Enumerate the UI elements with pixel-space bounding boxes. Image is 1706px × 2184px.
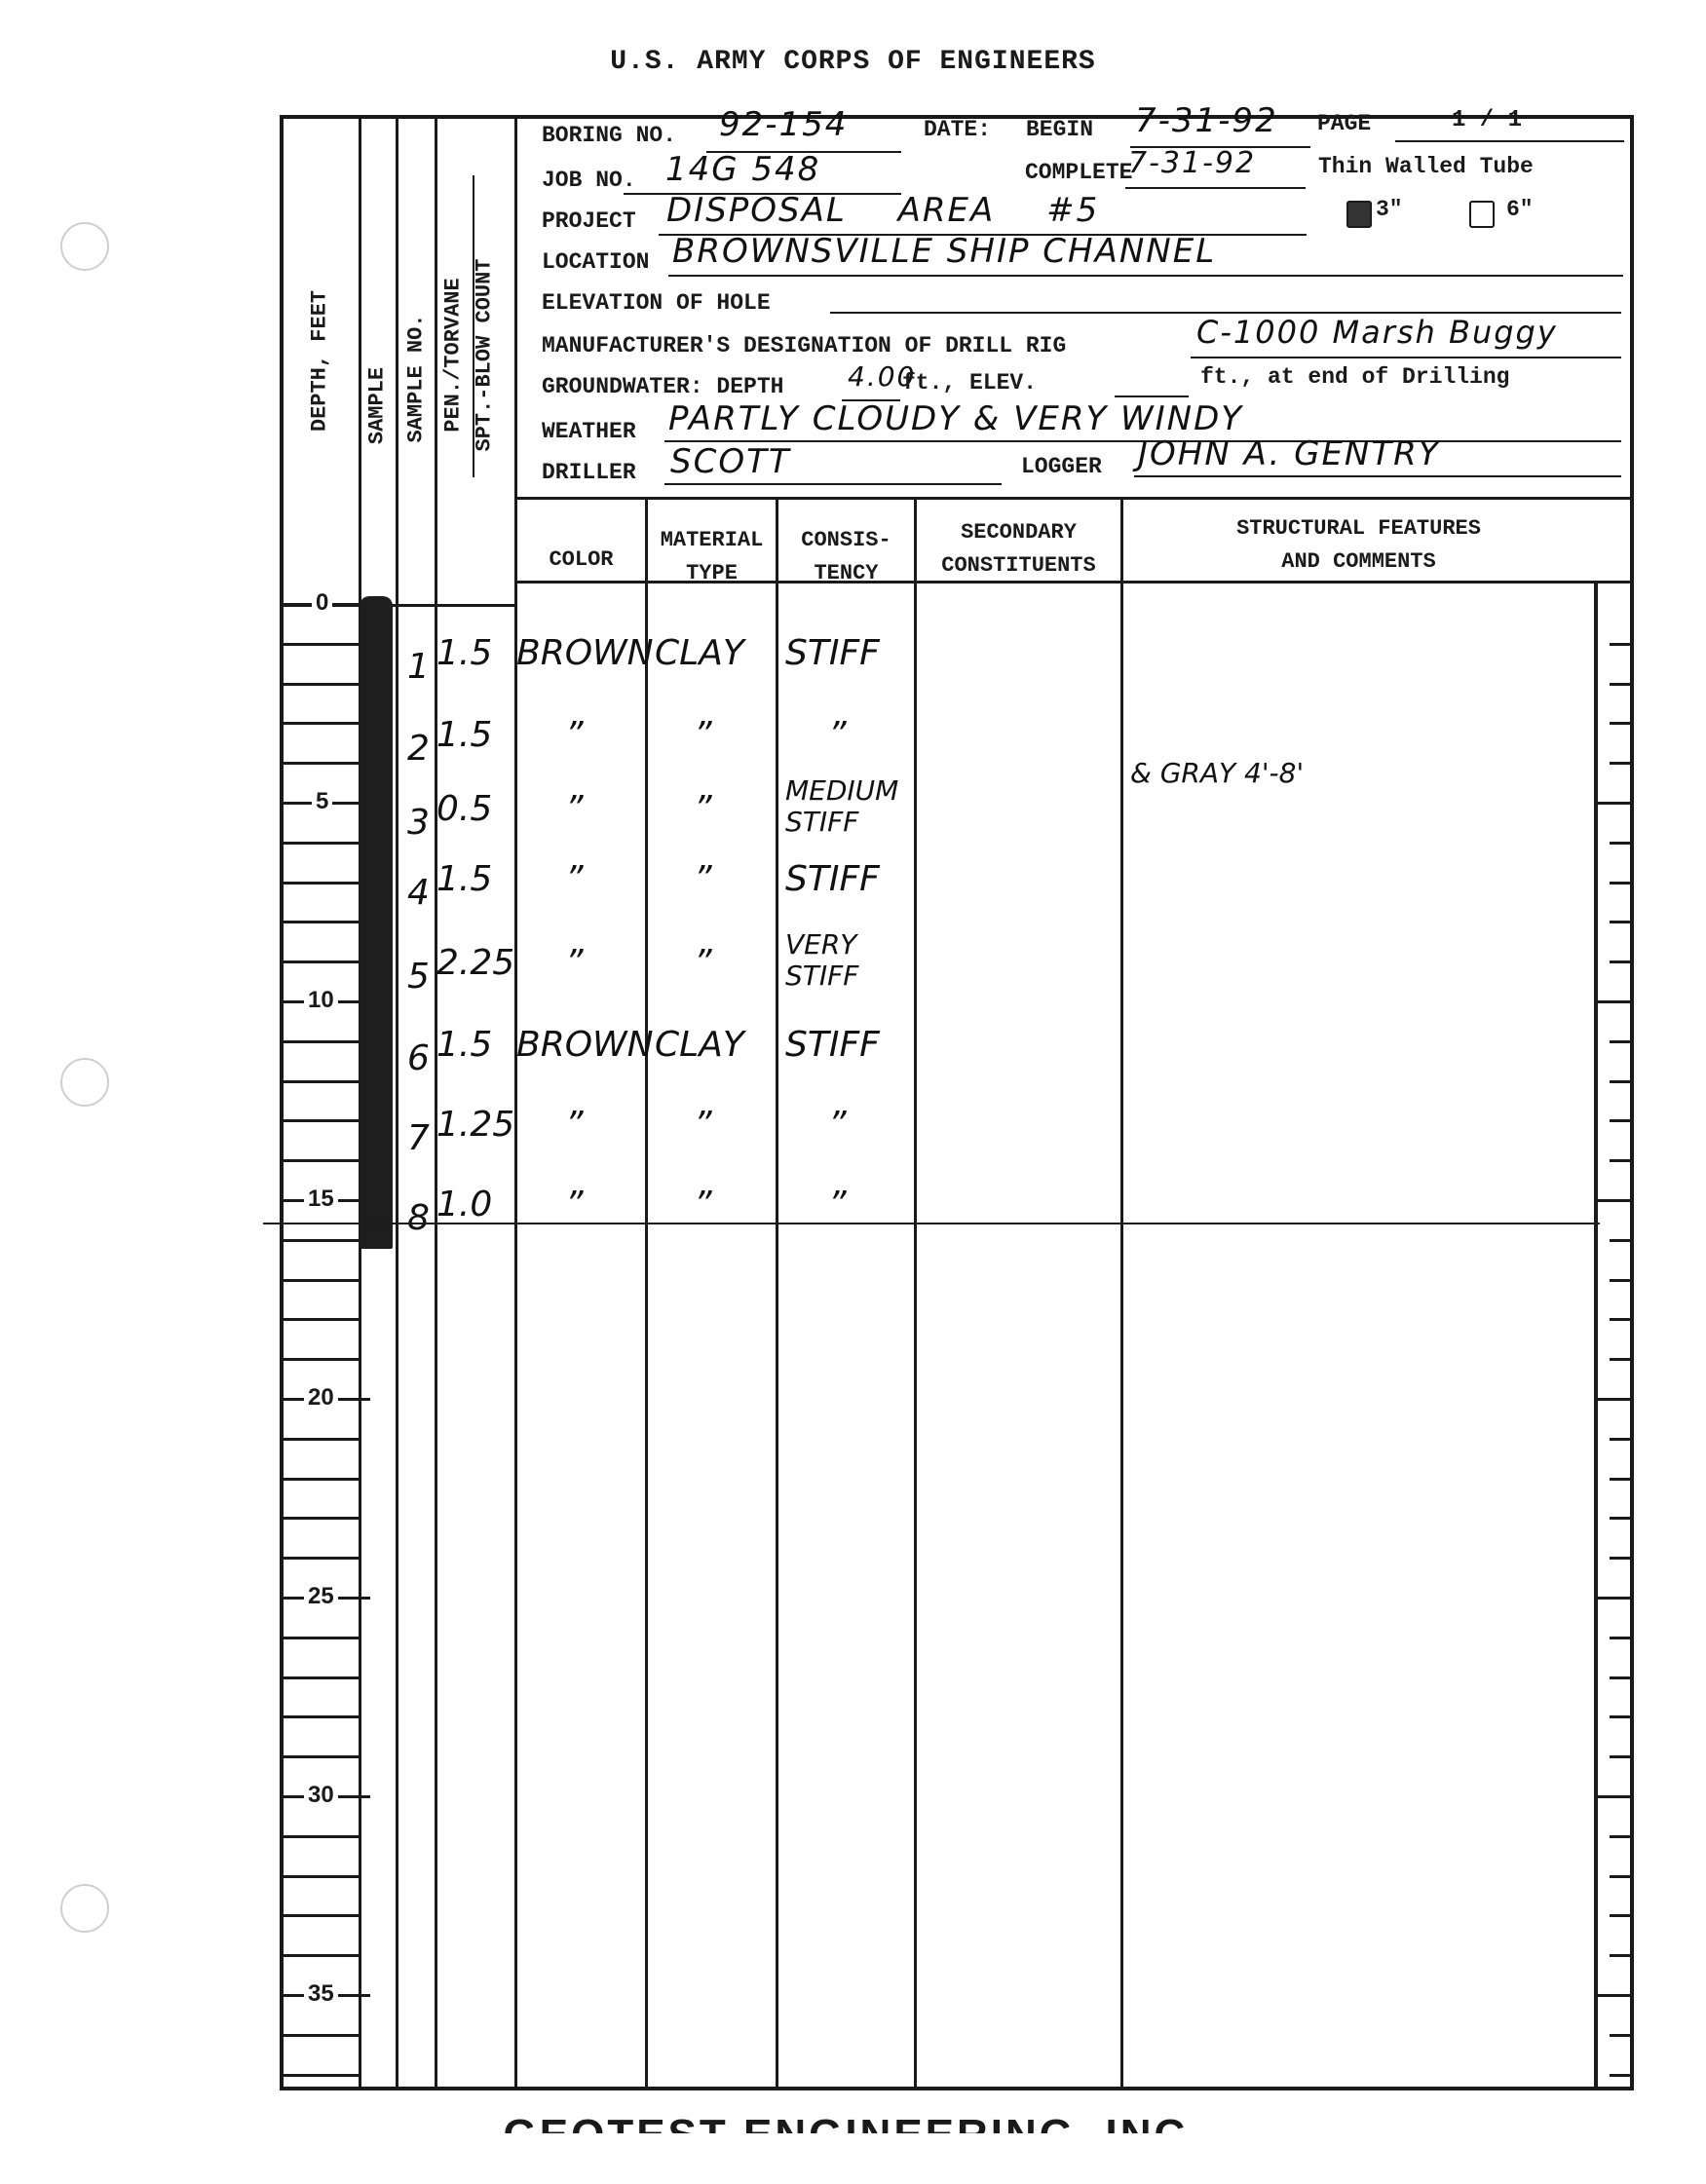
depth-tick — [283, 1438, 359, 1441]
depth-label: 0 — [312, 589, 332, 617]
sample-recovery-bar — [360, 596, 393, 1249]
divider — [1120, 497, 1123, 2090]
project-field[interactable]: DISPOSAL AREA #5 — [666, 191, 1099, 230]
right-depth-tick — [1598, 1795, 1631, 1798]
sample-no-cell: 8 — [407, 1198, 430, 1238]
pen-torvane-header: PEN./TORVANE — [441, 239, 466, 472]
right-depth-tick — [1610, 1755, 1631, 1758]
company-footer: GEOTEST ENGINEERING, INC. — [0, 2106, 1706, 2133]
right-depth-tick — [1598, 1994, 1631, 1997]
agency-title: U.S. ARMY CORPS OF ENGINEERS — [0, 47, 1706, 77]
consistency-cell: STIFF — [785, 633, 880, 673]
depth-tick — [283, 683, 359, 686]
depth-tick — [283, 1835, 359, 1838]
color-cell: BROWN — [516, 633, 654, 673]
boring-no-field[interactable]: 92-154 — [719, 105, 848, 144]
right-depth-tick — [1610, 921, 1631, 923]
right-depth-tick — [1610, 1438, 1631, 1441]
right-depth-tick — [1610, 842, 1631, 845]
depth-tick — [283, 1080, 359, 1083]
consistency-cell: VERYSTIFF — [785, 929, 858, 992]
depth-tick — [283, 1478, 359, 1481]
pen-torvane-cell: 1.5 — [436, 633, 492, 673]
depth-tick — [283, 882, 359, 885]
depth-tick — [283, 1239, 359, 1242]
consistency-cell: ” — [828, 715, 847, 755]
underline — [664, 483, 1002, 485]
right-depth-tick — [1610, 1517, 1631, 1520]
complete-label: COMPLETE — [1025, 160, 1132, 185]
location-label: LOCATION — [542, 249, 649, 275]
depth-tick — [283, 1318, 359, 1321]
divider — [776, 497, 778, 2090]
underline — [668, 275, 1623, 277]
sample-no-column-header: SAMPLE NO. — [404, 291, 429, 467]
pen-torvane-cell: 2.25 — [436, 943, 514, 983]
depth-tick — [283, 1637, 359, 1639]
page-value: 1 / 1 — [1452, 107, 1522, 133]
color-cell: ” — [565, 789, 584, 829]
structural-features-column-header: STRUCTURAL FEATURESAND COMMENTS — [1123, 512, 1594, 579]
depth-tick — [283, 842, 359, 845]
divider — [1594, 581, 1598, 2090]
underline — [1125, 187, 1306, 189]
consistency-column-header: CONSIS-TENCY — [778, 524, 914, 590]
consistency-cell: STIFF — [785, 859, 880, 899]
sample-no-cell: 5 — [407, 957, 430, 997]
color-cell: ” — [565, 1105, 584, 1145]
right-depth-tick — [1610, 1159, 1631, 1162]
depth-label: 35 — [304, 1980, 338, 2008]
ft-elev-label: ft., ELEV. — [902, 370, 1037, 395]
depth-tick — [283, 1119, 359, 1122]
right-depth-tick — [1610, 1040, 1631, 1043]
right-depth-tick — [1610, 1875, 1631, 1878]
material-cell: ” — [694, 715, 712, 755]
depth-tick — [283, 722, 359, 725]
job-no-label: JOB NO. — [542, 168, 636, 193]
right-depth-tick — [1610, 1637, 1631, 1639]
right-depth-tick — [1598, 1199, 1631, 1202]
depth-label: 10 — [304, 987, 338, 1014]
material-cell: ” — [694, 859, 712, 899]
pen-torvane-cell: 1.0 — [436, 1185, 492, 1224]
tube-3in-label: 3" — [1376, 197, 1403, 222]
depth-tick — [283, 1517, 359, 1520]
material-cell: ” — [694, 789, 712, 829]
underline — [1115, 395, 1189, 397]
color-cell: BROWN — [516, 1025, 654, 1065]
right-depth-tick — [1598, 1597, 1631, 1600]
sample-no-cell: 1 — [407, 647, 430, 687]
begin-date-field[interactable]: 7-31-92 — [1135, 101, 1278, 140]
elevation-label: ELEVATION OF HOLE — [542, 290, 771, 316]
pen-torvane-cell: 0.5 — [436, 789, 492, 829]
right-depth-tick — [1610, 1119, 1631, 1122]
job-no-field[interactable]: 14G 548 — [665, 150, 820, 189]
right-depth-tick — [1610, 643, 1631, 646]
depth-label: 5 — [312, 788, 332, 815]
location-field[interactable]: BROWNSVILLE SHIP CHANNEL — [672, 232, 1216, 271]
depth-label: 25 — [304, 1583, 338, 1610]
depth-tick — [283, 1954, 359, 1957]
depth-label: 30 — [304, 1782, 338, 1809]
depth-tick — [283, 1159, 359, 1162]
right-depth-tick — [1610, 1954, 1631, 1957]
right-depth-tick — [1610, 1358, 1631, 1361]
color-cell: ” — [565, 715, 584, 755]
sample-no-cell: 3 — [407, 803, 430, 843]
divider — [435, 115, 437, 2090]
structural-comment-cell: & GRAY 4'-8' — [1130, 758, 1304, 789]
depth-tick — [283, 1914, 359, 1917]
depth-tick — [283, 1279, 359, 1282]
right-depth-tick — [1610, 2074, 1631, 2077]
color-cell: ” — [565, 943, 584, 983]
driller-label: DRILLER — [542, 460, 636, 485]
right-depth-tick — [1610, 1080, 1631, 1083]
depth-tick — [283, 921, 359, 923]
right-depth-tick — [1610, 882, 1631, 885]
depth-tick — [283, 1040, 359, 1043]
right-depth-tick — [1610, 960, 1631, 963]
pen-torvane-cell: 1.5 — [436, 859, 492, 899]
depth-tick — [283, 1715, 359, 1718]
right-depth-tick — [1598, 1398, 1631, 1401]
depth-tick — [283, 960, 359, 963]
tube-6in-label: 6" — [1506, 197, 1534, 222]
consistency-cell: STIFF — [785, 1025, 880, 1065]
driller-field[interactable]: SCOTT — [670, 442, 791, 481]
end-of-drilling-label: ft., at end of Drilling — [1200, 364, 1509, 390]
sample-no-cell: 7 — [407, 1118, 430, 1158]
consistency-cell: MEDIUMSTIFF — [785, 775, 898, 838]
weather-label: WEATHER — [542, 419, 636, 444]
color-cell: ” — [565, 1185, 584, 1224]
pen-torvane-cell: 1.25 — [436, 1105, 514, 1145]
material-cell: CLAY — [655, 1025, 744, 1065]
right-depth-tick — [1610, 683, 1631, 686]
boring-no-label: BORING NO. — [542, 123, 676, 148]
right-depth-tick — [1610, 1279, 1631, 1282]
depth-tick — [283, 1755, 359, 1758]
spt-blow-count-header: SPT.-BLOW COUNT — [473, 239, 497, 472]
sample-column-header: SAMPLE — [365, 333, 390, 479]
weather-field[interactable]: PARTLY CLOUDY & VERY WINDY — [668, 399, 1243, 438]
depth-label: 15 — [304, 1186, 338, 1213]
drill-rig-label: MANUFACTURER'S DESIGNATION OF DRILL RIG — [542, 333, 1066, 358]
material-cell: ” — [694, 1185, 712, 1224]
sample-no-cell: 2 — [407, 729, 430, 769]
depth-tick — [283, 643, 359, 646]
material-cell: ” — [694, 943, 712, 983]
right-depth-tick — [1610, 1835, 1631, 1838]
pen-torvane-cell: 1.5 — [436, 715, 492, 755]
right-depth-tick — [1610, 2034, 1631, 2037]
underline — [1134, 475, 1621, 477]
right-depth-tick — [1610, 762, 1631, 765]
depth-tick — [283, 1875, 359, 1878]
punch-hole — [60, 1884, 109, 1933]
depth-tick — [283, 1557, 359, 1560]
complete-date-field[interactable]: 7-31-92 — [1128, 146, 1256, 180]
punch-hole — [60, 222, 109, 271]
depth-tick — [283, 1676, 359, 1679]
material-type-column-header: MATERIALTYPE — [648, 524, 776, 590]
right-depth-tick — [1610, 1557, 1631, 1560]
sample-no-cell: 4 — [407, 873, 430, 913]
date-label: DATE: — [924, 117, 991, 142]
drill-rig-field[interactable]: C-1000 Marsh Buggy — [1196, 314, 1558, 351]
consistency-cell: ” — [828, 1185, 847, 1224]
pen-torvane-cell: 1.5 — [436, 1025, 492, 1065]
tube-3in-checkbox[interactable] — [1346, 201, 1372, 228]
depth-tick — [283, 762, 359, 765]
material-cell: CLAY — [655, 633, 744, 673]
punch-hole — [60, 1058, 109, 1107]
sample-no-cell: 6 — [407, 1038, 430, 1078]
right-depth-tick — [1598, 1000, 1631, 1003]
divider — [396, 115, 398, 2090]
color-column-header: COLOR — [517, 544, 645, 577]
right-depth-tick — [1610, 1478, 1631, 1481]
right-depth-tick — [1610, 722, 1631, 725]
project-label: PROJECT — [542, 208, 636, 234]
page-label: PAGE — [1317, 111, 1371, 136]
tube-6in-checkbox[interactable] — [1469, 201, 1495, 228]
depth-tick — [283, 1358, 359, 1361]
logger-label: LOGGER — [1021, 454, 1102, 479]
right-depth-tick — [1598, 802, 1631, 805]
groundwater-label: GROUNDWATER: DEPTH — [542, 374, 783, 399]
secondary-constituents-column-header: SECONDARYCONSTITUENTS — [917, 516, 1120, 583]
depth-column-header: DEPTH, FEET — [308, 264, 332, 459]
tube-label: Thin Walled Tube — [1318, 154, 1534, 179]
material-cell: ” — [694, 1105, 712, 1145]
divider — [514, 497, 1634, 500]
depth-label: 20 — [304, 1384, 338, 1412]
right-depth-tick — [1610, 1239, 1631, 1242]
consistency-cell: ” — [828, 1105, 847, 1145]
divider — [914, 497, 917, 2090]
underline — [1395, 140, 1624, 142]
end-of-boring-line — [263, 1223, 1600, 1224]
right-depth-tick — [1610, 1676, 1631, 1679]
divider — [645, 497, 648, 2090]
right-depth-tick — [1610, 1715, 1631, 1718]
right-depth-tick — [1610, 1914, 1631, 1917]
divider — [514, 115, 517, 2090]
color-cell: ” — [565, 859, 584, 899]
logger-field[interactable]: JOHN A. GENTRY — [1138, 434, 1441, 473]
depth-tick — [283, 2074, 359, 2077]
right-depth-tick — [1610, 1318, 1631, 1321]
begin-label: BEGIN — [1026, 117, 1093, 142]
depth-tick — [283, 2034, 359, 2037]
underline — [1191, 357, 1621, 358]
